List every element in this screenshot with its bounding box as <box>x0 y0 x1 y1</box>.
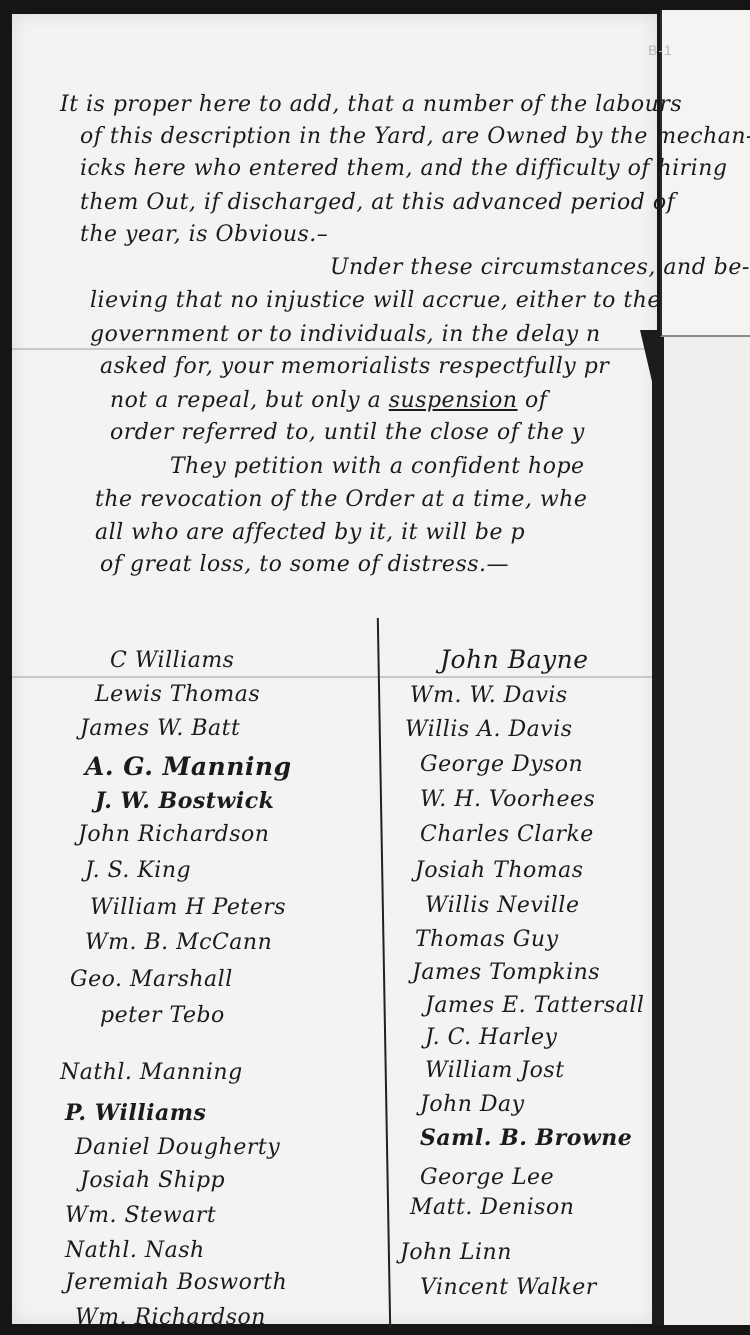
signature: W. H. Voorhees <box>420 787 595 812</box>
underlined-word: suspension <box>389 388 518 413</box>
signature: peter Tebo <box>100 1003 225 1028</box>
signature: Lewis Thomas <box>95 682 260 707</box>
signature: George Dyson <box>420 752 583 777</box>
body-text-line: the year, is Obvious.– <box>80 220 328 250</box>
signature: P. Williams <box>65 1100 206 1126</box>
signature: James E. Tattersall <box>425 993 644 1018</box>
signature: Matt. Denison <box>410 1195 574 1220</box>
body-text-line: government or to individuals, in the del… <box>90 320 601 350</box>
signature: Wm. W. Davis <box>410 683 568 708</box>
signature: C Williams <box>110 648 234 673</box>
signature: Geo. Marshall <box>70 967 233 992</box>
signature: William Jost <box>425 1058 565 1083</box>
signature: John Linn <box>400 1240 512 1265</box>
body-text-line: It is proper here to add, that a number … <box>60 90 682 120</box>
signature: Vincent Walker <box>420 1275 597 1300</box>
binding-shadow-wedge <box>640 330 664 390</box>
signature: John Day <box>420 1092 525 1117</box>
signature: Thomas Guy <box>415 927 559 952</box>
body-text-line: order referred to, until the close of th… <box>110 418 585 448</box>
signature: Josiah Thomas <box>415 858 584 883</box>
signature: James Tompkins <box>412 960 600 985</box>
signature: A. G. Manning <box>85 752 292 781</box>
binding-shadow <box>652 335 664 1325</box>
signature: John Richardson <box>78 822 269 847</box>
signature: J. S. King <box>85 858 191 883</box>
scanned-document: B-1 It is proper here to add, that a num… <box>0 0 750 1335</box>
signature: Wm. B. McCann <box>85 930 272 955</box>
body-text-line: icks here who entered them, and the diff… <box>80 154 727 184</box>
archive-pencil-mark: B-1 <box>648 42 673 58</box>
signature: Daniel Dougherty <box>75 1135 280 1160</box>
signature: Wm. Stewart <box>65 1203 216 1228</box>
body-text-line: all who are affected by it, it will be p <box>95 518 525 548</box>
body-text-line: of this description in the Yard, are Own… <box>80 122 750 152</box>
signature: Josiah Shipp <box>80 1168 225 1193</box>
signature: James W. Batt <box>80 716 240 741</box>
body-text-line: not a repeal, but only a suspension of <box>110 386 547 416</box>
body-text-line: lieving that no injustice will accrue, e… <box>90 286 661 316</box>
signature: Charles Clarke <box>420 822 594 847</box>
signature: Nathl. Manning <box>60 1060 243 1085</box>
signature: William H Peters <box>90 895 286 920</box>
adjacent-page-strip <box>662 335 750 1325</box>
signature: Nathl. Nash <box>65 1238 205 1263</box>
body-text-line: of great loss, to some of distress.— <box>100 550 509 580</box>
signature: Willis Neville <box>425 893 579 918</box>
signature: J. W. Bostwick <box>95 788 274 814</box>
body-text-line: asked for, your memorialists respectfull… <box>100 352 609 382</box>
body-text-line: Under these circumstances, and be- <box>330 253 750 283</box>
body-text-line: them Out, if discharged, at this advance… <box>80 188 675 218</box>
signature: Wm. Richardson <box>75 1305 266 1330</box>
signature: Saml. B. Browne <box>420 1125 632 1151</box>
body-text-line: They petition with a confident hope <box>170 452 585 482</box>
body-text-line: the revocation of the Order at a time, w… <box>95 485 587 515</box>
signature: Willis A. Davis <box>405 717 573 742</box>
signature: John Bayne <box>440 645 589 674</box>
signature: George Lee <box>420 1165 554 1190</box>
signature: J. C. Harley <box>425 1025 557 1050</box>
paper-fold-line <box>12 676 657 678</box>
signature: Jeremiah Bosworth <box>65 1270 287 1295</box>
